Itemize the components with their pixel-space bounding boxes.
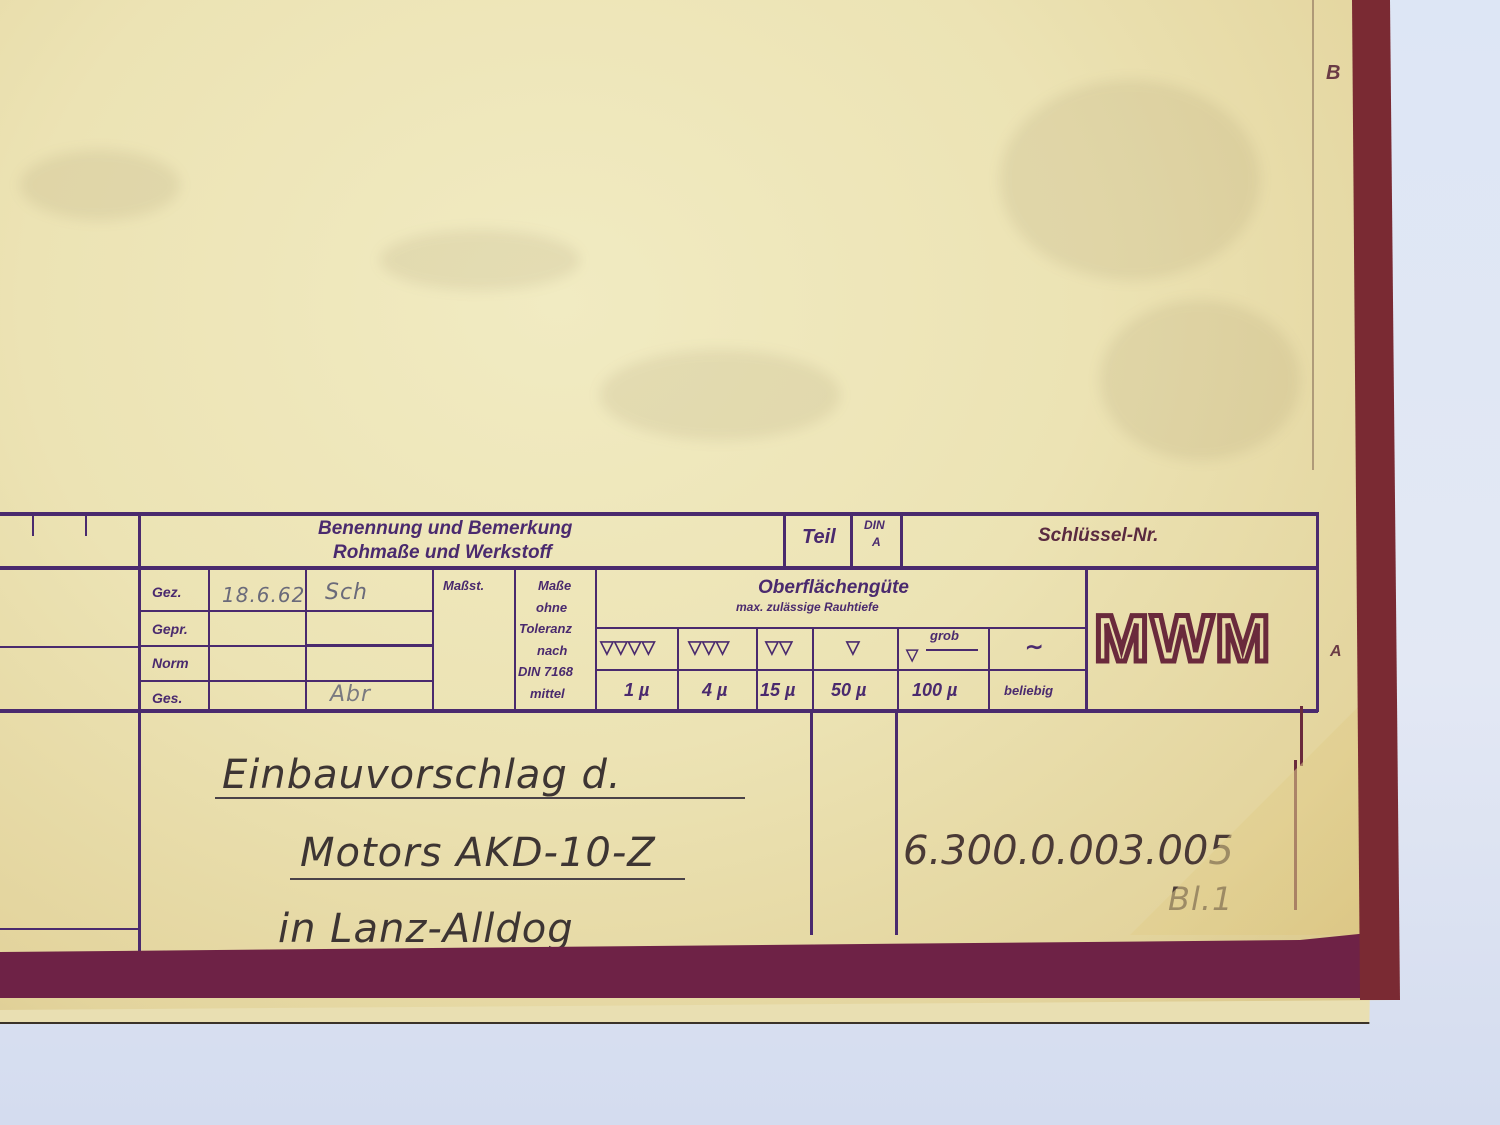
part-label: Teil [802,526,836,549]
approval-label-checked: Gepr. [152,621,188,637]
ges-signature: Abr [330,682,371,707]
material-header: Rohmaße und Werkstoff [333,542,552,564]
roughness-value-4: 4 µ [702,680,727,701]
roughness-value-any: beliebig [1004,683,1053,698]
zone-mark-b: B [1326,62,1340,85]
drawn-date: 18.6.62 [222,583,305,607]
surface-quality-subtitle: max. zulässige Rauhtiefe [736,600,879,614]
drawing-title-line2: Motors AKD-10-Z [300,830,656,876]
roughness-symbol-2: ▽▽ [765,637,793,658]
roughness-value-100: 100 µ [912,680,957,701]
drawing-title-line3: in Lanz-Alldog [278,906,574,952]
frame-line [1312,0,1314,470]
designation-header: Benennung und Bemerkung [318,518,572,540]
roughness-symbol-1: ▽ [846,637,860,658]
roughness-value-15: 15 µ [760,680,795,701]
roughness-symbol-rough: ▽ [906,645,918,665]
approval-label-drawn: Gez. [152,584,182,600]
mwm-logo: MWM [1094,600,1272,676]
roughness-value-50: 50 µ [831,680,866,701]
roughness-symbol-3: ▽▽▽ [688,637,730,658]
roughness-symbol-any: ∼ [1025,634,1043,660]
approval-label-norm: Norm [152,655,189,671]
din-format: A [872,535,881,549]
key-number-label: Schlüssel-Nr. [1038,525,1158,547]
scale-label: Maßst. [443,578,484,593]
zone-mark-a: A [1330,643,1342,661]
din-label: DIN [864,518,885,532]
surface-quality-title: Oberflächengüte [758,577,909,599]
approval-label-ges: Ges. [152,690,182,706]
drawing-number: 6.300.0.003.005 [903,828,1234,874]
roughness-value-1: 1 µ [624,680,649,701]
drawing-title-line1: Einbauvorschlag d. [222,752,622,798]
roughness-note-grob: grob [930,628,959,643]
drawn-signature: Sch [325,580,368,605]
roughness-symbol-4: ▽▽▽▽ [600,637,655,658]
